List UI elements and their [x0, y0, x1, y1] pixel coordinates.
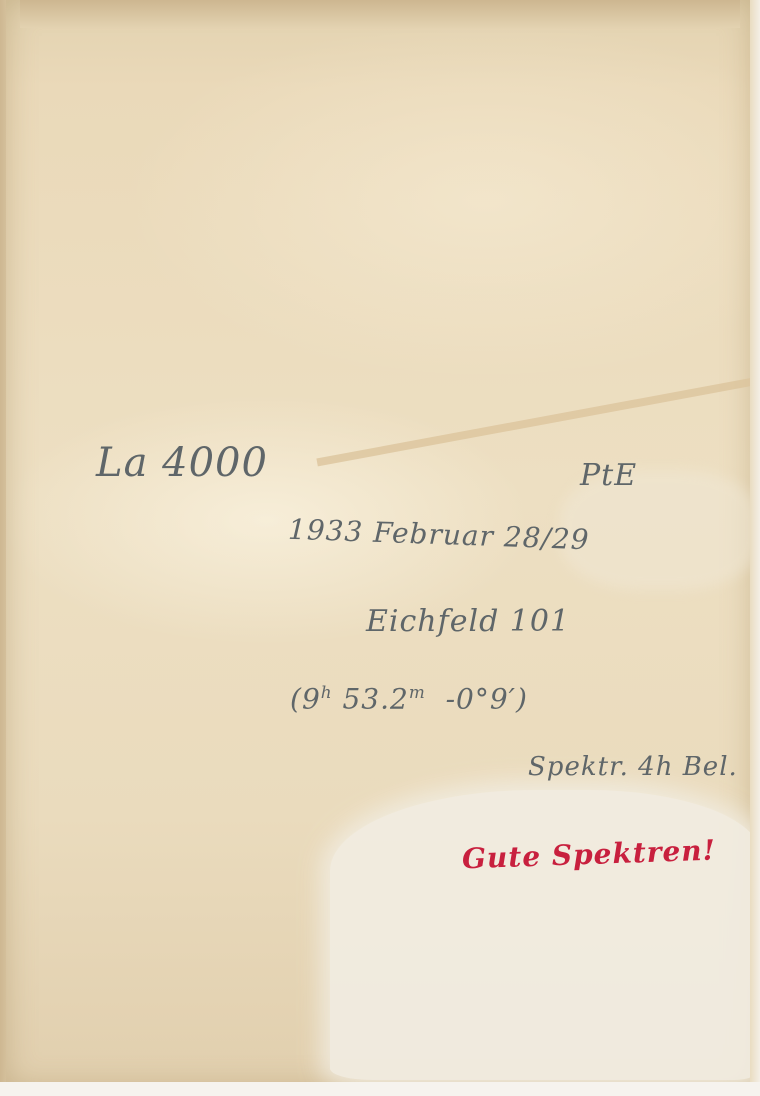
paper-bottom-edge [0, 1082, 760, 1096]
initials-annotation: PtE [580, 458, 637, 493]
paper-right-edge [750, 0, 760, 1096]
ra-minutes: 53.2 [342, 682, 408, 715]
paper-top-fold [20, 0, 740, 28]
coord-close-paren: ) [516, 682, 528, 715]
ra-hours-unit: h [321, 682, 333, 702]
declination: -0°9′ [446, 682, 516, 715]
plate-id-annotation: La 4000 [96, 440, 268, 486]
field-annotation: Eichfeld 101 [366, 604, 570, 639]
ra-hours: 9 [302, 682, 321, 715]
coordinates-annotation: (9h 53.2m -0°9′) [290, 682, 528, 715]
exposure-annotation: Spektr. 4h Bel. [528, 752, 738, 782]
ra-minutes-unit: m [409, 682, 426, 702]
coord-open-paren: ( [290, 682, 302, 715]
